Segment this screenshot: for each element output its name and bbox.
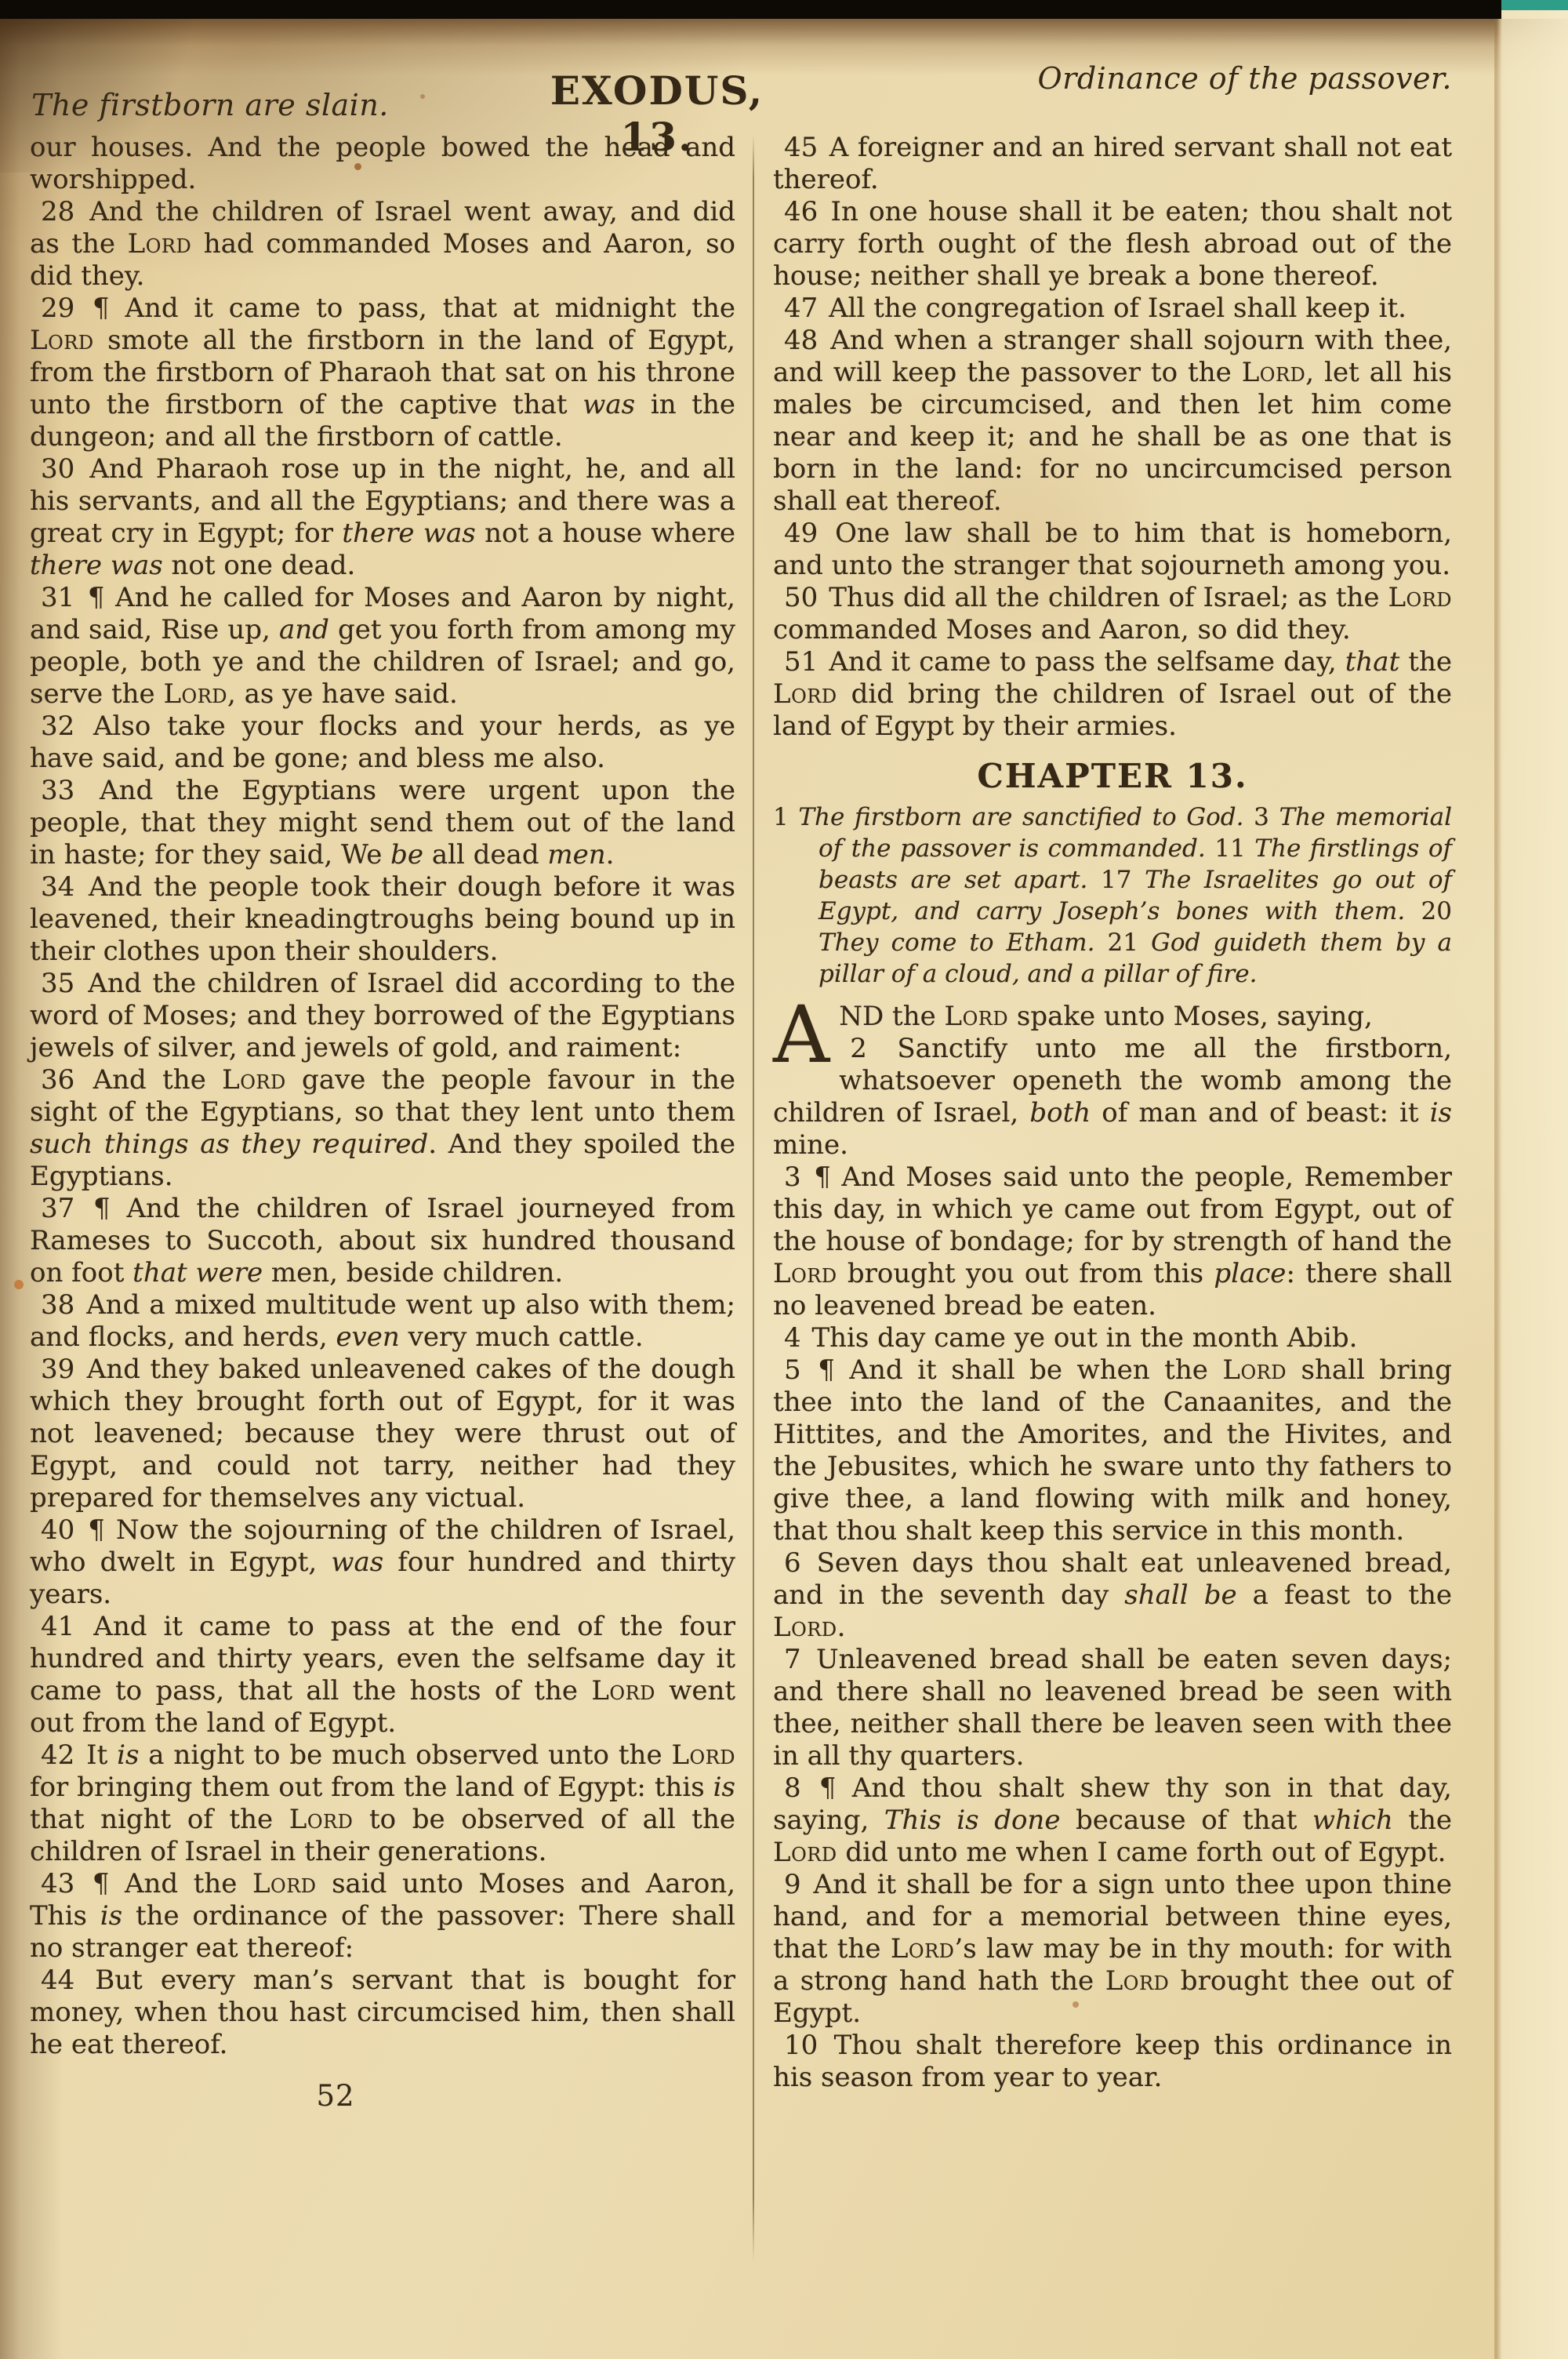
- verse: our houses. And the people bowed the hea…: [30, 132, 735, 196]
- lord-small-caps: Lord: [30, 325, 94, 356]
- verse-number: 7: [784, 1644, 804, 1675]
- verse-43: 43 ¶ And the Lord said unto Moses and Aa…: [30, 1868, 735, 1965]
- verse-number: 50: [784, 582, 820, 613]
- verse-number: 36: [41, 1064, 77, 1096]
- lord-small-caps: Lord: [128, 228, 192, 260]
- page-number: 52: [0, 2080, 688, 2112]
- lord-small-caps: Lord: [591, 1675, 655, 1707]
- verse-number: 30: [41, 453, 77, 485]
- verse-45: 45 A foreigner and an hired servant shal…: [773, 132, 1452, 196]
- verse-number: 3: [784, 1161, 804, 1193]
- verse-6: 6 Seven days thou shalt eat unleavened b…: [773, 1547, 1452, 1644]
- running-head-left: The firstborn are slain.: [31, 88, 389, 122]
- verse-number: 49: [784, 518, 820, 549]
- verse-number: 40: [41, 1514, 77, 1546]
- verse-36: 36 And the Lord gave the people favour i…: [30, 1064, 735, 1193]
- verse-number: 38: [41, 1289, 77, 1321]
- verse: AND the Lord spake unto Moses, saying,: [773, 1001, 1452, 1033]
- verse-47: 47 All the congregation of Israel shall …: [773, 293, 1452, 325]
- right-column-verses-top: 45 A foreigner and an hired servant shal…: [773, 132, 1452, 743]
- verse-number: 8: [784, 1772, 804, 1804]
- lord-small-caps: Lord: [773, 1258, 837, 1289]
- lord-small-caps: Lord: [1222, 1354, 1287, 1386]
- verse-7: 7 Unleavened bread shall be eaten seven …: [773, 1644, 1452, 1772]
- lord-small-caps: Lord: [891, 1933, 955, 1965]
- running-head-right: Ordinance of the passover.: [1038, 61, 1452, 96]
- verse-51: 51 And it came to pass the selfsame day,…: [773, 646, 1452, 743]
- drop-cap-letter: A: [773, 1001, 839, 1067]
- verse-number: 4: [784, 1322, 804, 1354]
- verse-number: 5: [784, 1354, 804, 1386]
- verse-48: 48 And when a stranger shall sojourn wit…: [773, 325, 1452, 518]
- verse-31: 31 ¶ And he called for Moses and Aaron b…: [30, 582, 735, 711]
- lord-small-caps: Lord: [1105, 1965, 1170, 1997]
- verse-33: 33 And the Egyptians were urgent upon th…: [30, 775, 735, 871]
- verse-39: 39 And they baked unleavened cakes of th…: [30, 1354, 735, 1514]
- verse-number: 2: [850, 1033, 869, 1064]
- foxing-speck: [14, 1280, 24, 1289]
- verse-37: 37 ¶ And the children of Israel journeye…: [30, 1193, 735, 1289]
- bible-page-scan: The firstborn are slain. EXODUS, 13. Ord…: [0, 0, 1568, 2359]
- lord-small-caps: Lord: [773, 1612, 837, 1643]
- verse-3: 3 ¶ And Moses said unto the people, Reme…: [773, 1161, 1452, 1322]
- verse-28: 28 And the children of Israel went away,…: [30, 196, 735, 293]
- verse-32: 32 Also take your flocks and your herds,…: [30, 711, 735, 775]
- verse-50: 50 Thus did all the children of Israel; …: [773, 582, 1452, 646]
- verse-number: 6: [784, 1547, 804, 1579]
- verse-29: 29 ¶ And it came to pass, that at midnig…: [30, 293, 735, 453]
- scan-top-black-bar: [0, 0, 1501, 19]
- verse-number: 31: [41, 582, 77, 613]
- verse-number: 34: [41, 871, 77, 903]
- lord-small-caps: Lord: [945, 1001, 1009, 1032]
- verse-34: 34 And the people took their dough befor…: [30, 871, 735, 968]
- verse-40: 40 ¶ Now the sojourning of the children …: [30, 1514, 735, 1611]
- verse-number: 45: [784, 132, 820, 163]
- verse-number: 9: [784, 1869, 804, 1900]
- lord-small-caps: Lord: [163, 678, 227, 710]
- text-columns: our houses. And the people bowed the hea…: [30, 132, 1452, 2262]
- running-head: The firstborn are slain. EXODUS, 13. Ord…: [30, 66, 1452, 127]
- verse-number: 35: [41, 968, 77, 999]
- right-page-edge: [1494, 0, 1568, 2359]
- scan-background-sliver: [1501, 0, 1568, 10]
- verse-35: 35 And the children of Israel did accord…: [30, 968, 735, 1064]
- verse-30: 30 And Pharaoh rose up in the night, he,…: [30, 453, 735, 582]
- verse-number: 42: [41, 1739, 77, 1771]
- lord-small-caps: Lord: [289, 1804, 354, 1835]
- chapter-heading: CHAPTER 13.: [773, 760, 1452, 792]
- verse-8: 8 ¶ And thou shalt shew thy son in that …: [773, 1772, 1452, 1869]
- verse-number: 29: [41, 293, 77, 324]
- lord-small-caps: Lord: [222, 1064, 286, 1096]
- lord-small-caps: Lord: [252, 1868, 317, 1899]
- verse-number: 32: [41, 711, 77, 742]
- verse-number: 47: [784, 293, 820, 324]
- verse-41: 41 And it came to pass at the end of the…: [30, 1611, 735, 1739]
- verse-5: 5 ¶ And it shall be when the Lord shall …: [773, 1354, 1452, 1547]
- lord-small-caps: Lord: [671, 1739, 735, 1771]
- lord-small-caps: Lord: [773, 678, 837, 710]
- chapter-summary: 1 The firstborn are sanctified to God. 3…: [773, 801, 1452, 990]
- verse-38: 38 And a mixed multitude went up also wi…: [30, 1289, 735, 1354]
- verse-number: 10: [784, 2030, 820, 2061]
- verse-number: 33: [41, 775, 77, 806]
- verse-number: 37: [41, 1193, 77, 1224]
- right-column: 45 A foreigner and an hired servant shal…: [773, 132, 1452, 2262]
- verse-46: 46 In one house shall it be eaten; thou …: [773, 196, 1452, 293]
- verse-49: 49 One law shall be to him that is homeb…: [773, 518, 1452, 582]
- lord-small-caps: Lord: [773, 1837, 837, 1868]
- left-column-verses: our houses. And the people bowed the hea…: [30, 132, 735, 2061]
- verse-44: 44 But every man’s servant that is bough…: [30, 1965, 735, 2061]
- verse-number: 43: [41, 1868, 77, 1899]
- verse-10: 10 Thou shalt therefore keep this ordina…: [773, 2030, 1452, 2094]
- verse-42: 42 It is a night to be much observed unt…: [30, 1739, 735, 1868]
- verse-9: 9 And it shall be for a sign unto thee u…: [773, 1869, 1452, 2030]
- column-divider-rule: [753, 135, 754, 2262]
- verse-4: 4 This day came ye out in the month Abib…: [773, 1322, 1452, 1354]
- verse-number: 41: [41, 1611, 77, 1642]
- left-column: our houses. And the people bowed the hea…: [30, 132, 735, 2262]
- lord-small-caps: Lord: [1388, 582, 1452, 613]
- verse-2: 2 Sanctify unto me all the firstborn, wh…: [773, 1033, 1452, 1161]
- verse-number: 48: [784, 325, 820, 356]
- right-column-verses-bottom: AND the Lord spake unto Moses, saying,2 …: [773, 1001, 1452, 2094]
- verse-number: 44: [41, 1965, 77, 1996]
- verse-number: 28: [41, 196, 77, 227]
- verse-number: 39: [41, 1354, 77, 1385]
- verse-number: 51: [784, 646, 820, 678]
- verse-number: 46: [784, 196, 820, 227]
- lord-small-caps: Lord: [1242, 357, 1306, 388]
